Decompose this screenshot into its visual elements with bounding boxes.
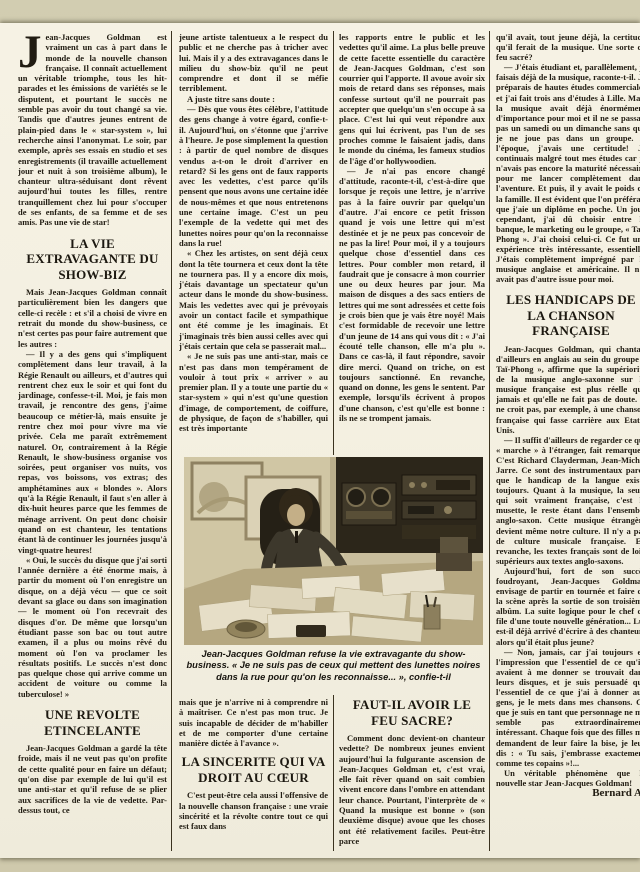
column-3-bottom: FAUT-IL AVOIR LE FEU SACRE? Comment donc… <box>339 697 485 851</box>
paragraph: A juste titre sans doute : <box>179 94 328 104</box>
byline: Bernard A <box>496 788 640 798</box>
paragraph: Comment donc devient-on chanteur vedette… <box>339 733 485 846</box>
article-photo-figure: Jean-Jacques Goldman refuse la vie extra… <box>184 457 483 683</box>
paragraph: « Chez les artistes, on sent déjà ceux d… <box>179 248 328 351</box>
column-divider-2-bottom <box>333 695 334 851</box>
paragraph: — Non, jamais, car j'ai toujours eu l'im… <box>496 647 640 768</box>
paragraph: Un véritable phénomène que la nouvelle s… <box>496 768 640 788</box>
paragraph: — Je n'ai pas encore changé d'attitude, … <box>339 166 485 423</box>
paragraph: — Il y a des gens qui s'impliquent compl… <box>18 349 167 555</box>
paragraph: C'est peut-être cela aussi l'offensive d… <box>179 790 328 831</box>
paragraph: — Dès que vous êtes célèbre, l'attitude … <box>179 104 328 248</box>
drop-cap: J <box>18 34 42 71</box>
paragraph: jeune artiste talentueux a le respect du… <box>179 32 328 94</box>
lead-paragraph: Jean-Jacques Goldman est vraiment un cas… <box>18 32 167 228</box>
column-divider-1 <box>171 31 172 851</box>
column-1: Jean-Jacques Goldman est vraiment un cas… <box>18 32 167 851</box>
section-heading-sincerite: LA SINCERITE QUI VA DROIT AU CŒUR <box>181 754 326 785</box>
column-divider-3 <box>489 31 490 851</box>
paragraph: Aujourd'hui, fort de son succès foudroya… <box>496 566 640 647</box>
goldman-desk-photo <box>184 457 483 645</box>
paragraph: — J'étais étudiant et, parallèlement, je… <box>496 62 640 284</box>
column-3-top: les rapports entre le public et les vede… <box>339 32 485 456</box>
paragraph: Jean-Jacques Goldman a gardé la tête fro… <box>18 743 167 815</box>
paragraph: « Je ne suis pas une anti-star, mais ce … <box>179 351 328 433</box>
column-4: qu'il avait, tout jeune déjà, la certitu… <box>496 32 640 851</box>
column-2-bottom: mais que je n'arrive ni à comprendre ni … <box>179 697 328 851</box>
section-heading-feu-sacre: FAUT-IL AVOIR LE FEU SACRE? <box>341 697 483 728</box>
column-divider-2-top <box>333 31 334 455</box>
section-heading-handicaps: LES HANDICAPS DE LA CHANSON FRANÇAISE <box>498 292 640 339</box>
section-heading-vie-extravagante: LA VIE EXTRAVAGANTE DU SHOW-BIZ <box>20 236 165 283</box>
paragraph: « Oui, le succès du disque que j'ai sort… <box>18 555 167 699</box>
paragraph: Mais Jean-Jacques Goldman connaît partic… <box>18 287 167 349</box>
magazine-page: Jean-Jacques Goldman est vraiment un cas… <box>0 23 640 858</box>
section-heading-revolte-etincelante: UNE REVOLTE ETINCELANTE <box>20 707 165 738</box>
column-2-top: jeune artiste talentueux a le respect du… <box>179 32 328 456</box>
paragraph: les rapports entre le public et les vede… <box>339 32 485 166</box>
paragraph: — Il suffit d'ailleurs de regarder ce qu… <box>496 435 640 566</box>
photo-caption: Jean-Jacques Goldman refuse la vie extra… <box>184 649 483 683</box>
paragraph: Jean-Jacques Goldman, qui chantait d'ail… <box>496 344 640 435</box>
paragraph: qu'il avait, tout jeune déjà, la certitu… <box>496 32 640 62</box>
paragraph: mais que je n'arrive ni à comprendre ni … <box>179 697 328 748</box>
